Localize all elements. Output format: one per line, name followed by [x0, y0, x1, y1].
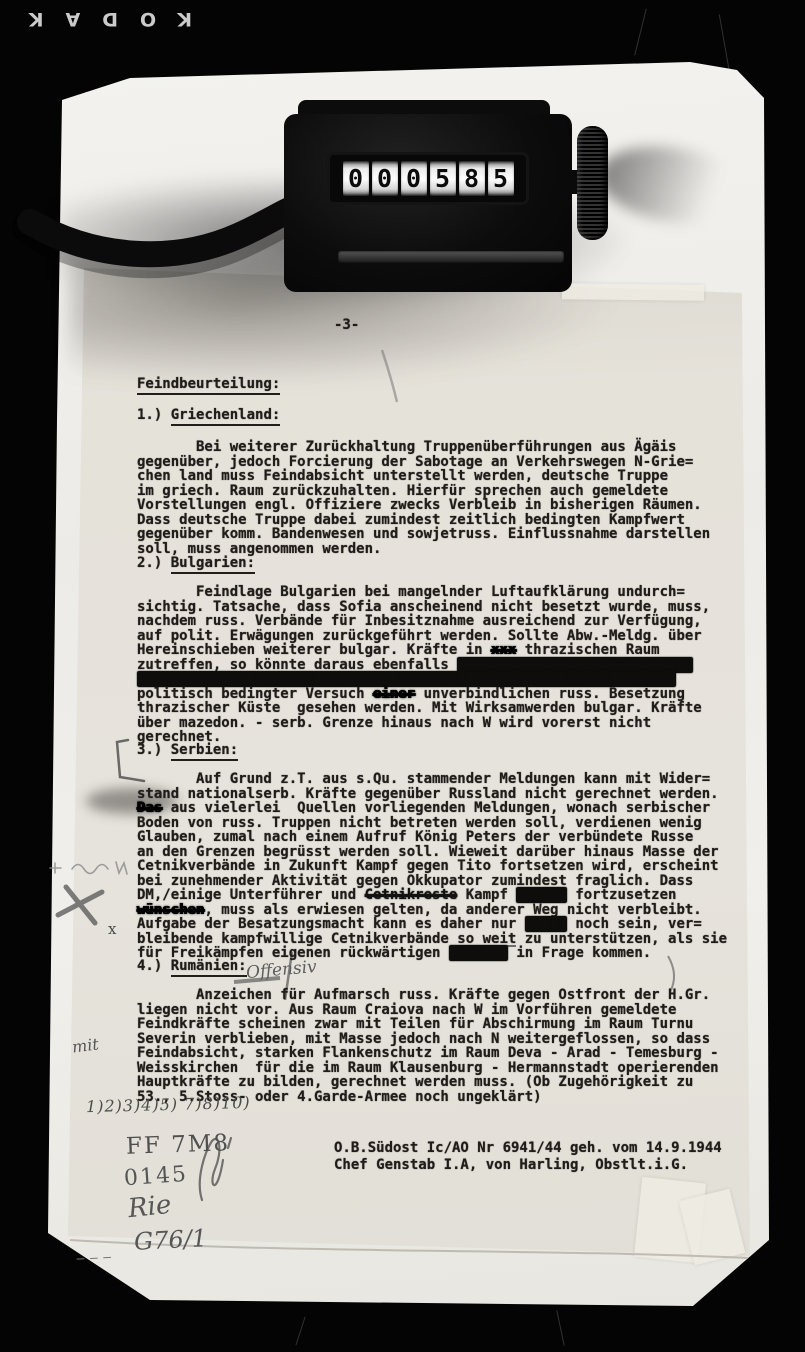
section-heading-bulgarien: 2.) Bulgarien:	[137, 556, 255, 571]
typed-line: stand nationalserb. Kräfte gegenüber Rus…	[137, 787, 727, 802]
handwritten-rie: Rie	[127, 1190, 173, 1224]
signature-block: O.B.Südost Ic/AO Nr 6941/44 geh. vom 14.…	[334, 1140, 722, 1173]
counter-latch-bar	[338, 251, 564, 263]
counter-digit: 8	[459, 161, 485, 196]
signature-line-1: O.B.Südost Ic/AO Nr 6941/44 geh. vom 14.…	[334, 1140, 722, 1157]
handwritten-ff-7m8: FF 7M8	[126, 1130, 231, 1160]
typed-line: Das aus vielerlei Quellen vorliegenden M…	[137, 801, 727, 816]
pencil-x-mark	[58, 887, 102, 923]
typed-line: Aufgabe der Besatzungsmacht kann es dahe…	[137, 917, 727, 932]
typed-line: Boden von russ. Truppen nicht betreten w…	[137, 816, 727, 831]
typed-line: liegen nicht vor. Aus Raum Craiova nach …	[137, 1003, 719, 1018]
typed-line: im griech. Raum zurückzuhalten. Hierfür …	[137, 484, 710, 499]
handwritten-small-x: x	[108, 920, 116, 938]
typed-line: Vorstellungen engl. Offiziere zwecks Ver…	[137, 498, 710, 513]
typed-line: an den Grenzen begrüsst werden soll. Wie…	[137, 845, 727, 860]
document-title: Feindbeurteilung:	[137, 377, 280, 395]
typed-line: gegenüber, jedoch Forcierung der Sabotag…	[137, 455, 710, 470]
pencil-scribble-note	[50, 862, 127, 874]
handwritten-0145: 0145	[123, 1162, 189, 1191]
counter-digit: 0	[372, 161, 398, 196]
typed-line: Feindkräfte scheinen zwar mit Teilen für…	[137, 1017, 719, 1032]
counter-knob	[577, 126, 608, 240]
microfilm-frame: KODAK 000585 -3- Feindbeurteilung: 1.) G…	[0, 0, 805, 1352]
typed-line: Feindabsicht, starken Flankenschutz im R…	[137, 1046, 719, 1061]
section-paragraph-rumaenien: Anzeichen für Aufmarsch russ. Kräfte geg…	[137, 988, 719, 1104]
typed-line: sichtig. Tatsache, dass Sofia anscheinen…	[137, 600, 710, 615]
typed-line: wünschen, muss als erwiesen gelten, da a…	[137, 903, 727, 918]
typed-line: bleibende kampfwillige Cetnikverbände so…	[137, 932, 727, 947]
typed-line: politisch bedingter Versuch einer unverb…	[137, 687, 710, 702]
typed-line: chen land muss Feindabsicht unterstellt …	[137, 469, 710, 484]
typed-line: Feindlage Bulgarien bei mangelnder Lufta…	[137, 585, 710, 600]
typed-line: Dass deutsche Truppe dabei zumindest zei…	[137, 513, 710, 528]
typed-line: soll, muss angenommen werden.	[137, 542, 710, 557]
section-paragraph-bulgarien: Feindlage Bulgarien bei mangelnder Lufta…	[137, 585, 710, 745]
typed-line: Anzeichen für Aufmarsch russ. Kräfte geg…	[137, 988, 719, 1003]
counter-digit-window: 000585	[330, 155, 526, 202]
counter-digit: 0	[343, 161, 369, 196]
counter-digit: 5	[430, 161, 456, 196]
typed-line: Hauptkräfte zu bilden, gerechnet werden …	[137, 1075, 719, 1090]
typed-line: auf polit. Erwägungen zurückgeführt werd…	[137, 629, 710, 644]
section-heading-serbien: 3.) Serbien:	[137, 743, 238, 758]
pencil-diagonal-stroke	[382, 350, 397, 402]
typed-line: über mazedon. - serb. Grenze hinaus nach…	[137, 716, 710, 731]
typed-line: gegenüber komm. Bandenwesen und sowjetru…	[137, 527, 710, 542]
typed-line: Cetnikverbände in Zukunft Kampf gegen Ti…	[137, 859, 727, 874]
section-paragraph-griechenland: Bei weiterer Zurückhaltung Truppenüberfü…	[137, 440, 710, 556]
counter-body	[284, 114, 572, 292]
page-number: -3-	[334, 318, 359, 333]
typed-line: nachdem russ. Verbände für Inbesitznahme…	[137, 614, 710, 629]
typed-line: Auf Grund z.T. aus s.Qu. stammender Meld…	[137, 772, 727, 787]
typed-line: Bei weiterer Zurückhaltung Truppenüberfü…	[137, 440, 710, 455]
counter-digit: 0	[401, 161, 427, 196]
typed-line: thrazischer Küste gesehen werden. Mit Wi…	[137, 701, 710, 716]
typed-line: xxxxxxxxxxxxxxxxxxxxxxxxxxxxxxxxxxxxxxxx…	[137, 672, 710, 687]
section-paragraph-serbien: Auf Grund z.T. aus s.Qu. stammender Meld…	[137, 772, 727, 961]
typed-line: Weisskirchen für die im Raum Klausenburg…	[137, 1061, 719, 1076]
handwritten-g76-1: G76/1	[133, 1224, 207, 1256]
signature-line-2: Chef Genstab I.A, von Harling, Obstlt.i.…	[334, 1157, 722, 1174]
typed-line: DM,/einige Unterführer und Cetnikreste K…	[137, 888, 727, 903]
section-heading-griechenland: 1.) Griechenland:	[137, 408, 280, 423]
handwritten-dashes: ‒ ‒ ‒	[76, 1249, 112, 1267]
typed-line: Glauben, zumal nach einem Aufruf König P…	[137, 830, 727, 845]
typed-line: Hereinschieben weiterer bulgar. Kräfte i…	[137, 643, 710, 658]
handwritten-mit: mit	[71, 1034, 100, 1056]
typed-line: zutreffen, so könnte daraus ebenfalls xx…	[137, 658, 710, 673]
counter-digit: 5	[488, 161, 514, 196]
section-heading-rumaenien: 4.) Rumänien:	[137, 959, 247, 974]
typed-line: Severin verblieben, mit Masse jedoch nac…	[137, 1032, 719, 1047]
typed-line: bei zunehmender Aktivität gegen Okkupato…	[137, 874, 727, 889]
